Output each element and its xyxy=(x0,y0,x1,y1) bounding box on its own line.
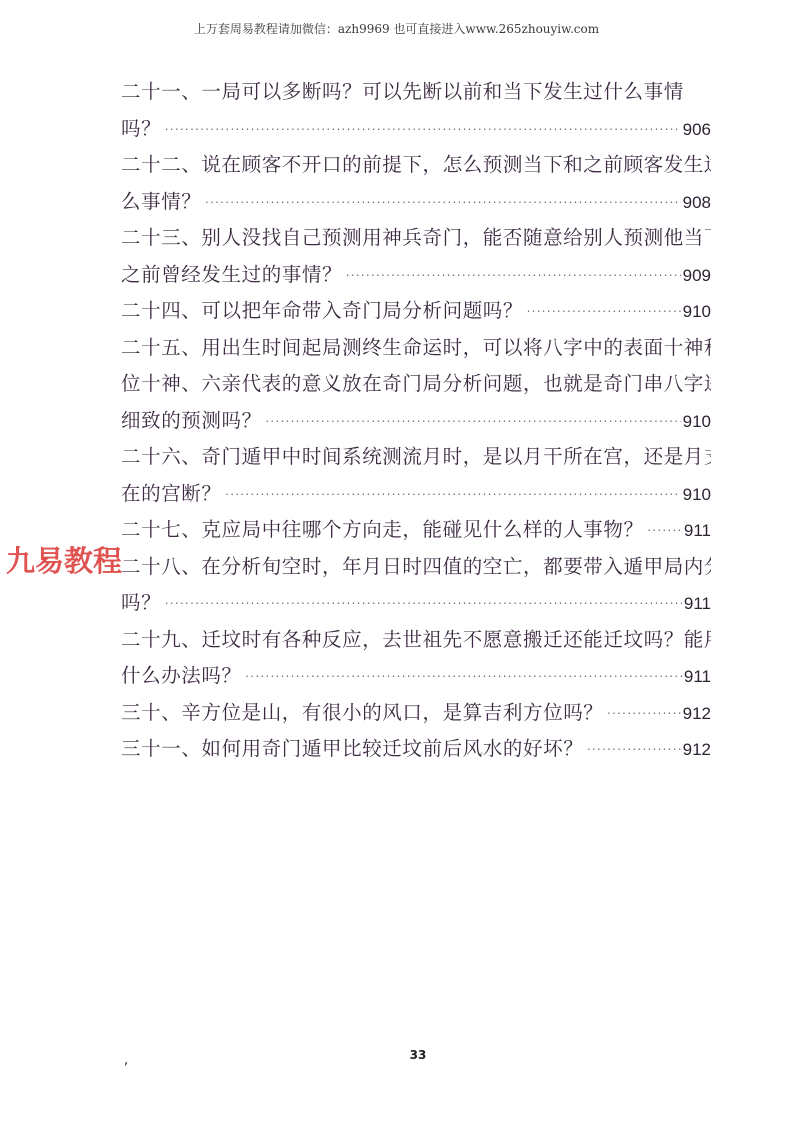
dot-leader xyxy=(165,112,680,147)
dot-leader xyxy=(266,404,681,439)
dot-leader xyxy=(587,732,680,767)
toc-entry-title-end: 之前曾经发生过的事情？ xyxy=(121,257,342,294)
dot-leader xyxy=(165,586,682,621)
table-of-contents: 二十一、一局可以多断吗？可以先断以前和当下发生过什么事情 吗？ 906 二十二、… xyxy=(121,74,711,768)
toc-entry-25[interactable]: 二十五、用出生时间起局测终生命运时，可以将八字中的表面十神和定 位十神、六亲代表… xyxy=(121,330,711,440)
toc-entry-26[interactable]: 二十六、奇门遁甲中时间系统测流月时，是以月干所在宫，还是月支所 在的宫断？ 91… xyxy=(121,439,711,512)
toc-entry-title: 二十九、迁坟时有各种反应，去世祖先不愿意搬迁还能迁坟吗？能用些 xyxy=(121,622,711,659)
toc-page-number: 906 xyxy=(683,112,711,148)
toc-entry-31[interactable]: 三十一、如何用奇门遁甲比较迁坟前后风水的好坏？ 912 xyxy=(121,731,711,768)
toc-page-number: 910 xyxy=(683,477,711,513)
toc-entry-21[interactable]: 二十一、一局可以多断吗？可以先断以前和当下发生过什么事情 吗？ 906 xyxy=(121,74,711,147)
toc-entry-23[interactable]: 二十三、别人没找自己预测用神兵奇门，能否随意给别人预测他当下或 之前曾经发生过的… xyxy=(121,220,711,293)
toc-entry-title-end: 吗？ xyxy=(121,585,161,622)
toc-entry-title: 二十四、可以把年命带入奇门局分析问题吗？ xyxy=(121,293,523,330)
toc-page-number: 908 xyxy=(683,185,711,221)
dot-leader xyxy=(527,294,681,329)
toc-entry-title-end: 吗？ xyxy=(121,111,161,148)
toc-entry-29[interactable]: 二十九、迁坟时有各种反应，去世祖先不愿意搬迁还能迁坟吗？能用些 什么办法吗？ 9… xyxy=(121,622,711,695)
toc-entry-title: 二十八、在分析旬空时，年月日时四值的空亡，都要带入遁甲局内分析 xyxy=(121,549,711,586)
watermark-logo: 九易教程 xyxy=(6,544,122,578)
toc-entry-title: 二十五、用出生时间起局测终生命运时，可以将八字中的表面十神和定 xyxy=(121,330,711,367)
toc-page-number: 911 xyxy=(684,659,711,695)
toc-entry-22[interactable]: 二十二、说在顾客不开口的前提下，怎么预测当下和之前顾客发生过什 么事情？ 908 xyxy=(121,147,711,220)
dot-leader xyxy=(607,696,680,731)
toc-entry-30[interactable]: 三十、辛方位是山，有很小的风口，是算吉利方位吗？ 912 xyxy=(121,695,711,732)
toc-entry-title-end: 细致的预测吗？ xyxy=(121,403,262,440)
toc-entry-title-end: 什么办法吗？ xyxy=(121,658,242,695)
toc-entry-title: 二十六、奇门遁甲中时间系统测流月时，是以月干所在宫，还是月支所 xyxy=(121,439,711,476)
toc-entry-title: 三十一、如何用奇门遁甲比较迁坟前后风水的好坏？ xyxy=(121,731,583,768)
toc-page-number: 912 xyxy=(683,732,711,768)
dot-leader xyxy=(246,659,682,694)
toc-page-number: 909 xyxy=(683,258,711,294)
toc-entry-title: 二十七、克应局中往哪个方向走，能碰见什么样的人事物？ xyxy=(121,512,644,549)
toc-page-number: 910 xyxy=(683,404,711,440)
toc-entry-title: 二十二、说在顾客不开口的前提下，怎么预测当下和之前顾客发生过什 xyxy=(121,147,711,184)
toc-page-number: 911 xyxy=(684,513,711,549)
toc-page-number: 910 xyxy=(683,294,711,330)
toc-entry-title: 二十一、一局可以多断吗？可以先断以前和当下发生过什么事情 xyxy=(121,74,684,111)
toc-entry-title-end: 在的宫断？ xyxy=(121,476,222,513)
toc-entry-title-cont: 位十神、六亲代表的意义放在奇门局分析问题，也就是奇门串八字进行 xyxy=(121,366,711,403)
toc-entry-title: 三十、辛方位是山，有很小的风口，是算吉利方位吗？ xyxy=(121,695,603,732)
toc-entry-27[interactable]: 二十七、克应局中往哪个方向走，能碰见什么样的人事物？ 911 xyxy=(121,512,711,549)
toc-page-number: 911 xyxy=(684,586,711,622)
dot-leader xyxy=(205,185,680,220)
dot-leader xyxy=(648,513,682,548)
toc-entry-title-end: 么事情？ xyxy=(121,184,201,221)
toc-page-number: 912 xyxy=(683,696,711,732)
toc-entry-title: 二十三、别人没找自己预测用神兵奇门，能否随意给别人预测他当下或 xyxy=(121,220,711,257)
dot-leader xyxy=(226,477,681,512)
header-banner: 上万套周易教程请加微信：azh9969 也可直接进入www.265zhouyiw… xyxy=(0,20,793,37)
toc-entry-24[interactable]: 二十四、可以把年命带入奇门局分析问题吗？ 910 xyxy=(121,293,711,330)
dot-leader xyxy=(346,258,681,293)
page-number: 33 xyxy=(0,1048,793,1062)
toc-entry-28[interactable]: 二十八、在分析旬空时，年月日时四值的空亡，都要带入遁甲局内分析 吗？ 911 xyxy=(121,549,711,622)
